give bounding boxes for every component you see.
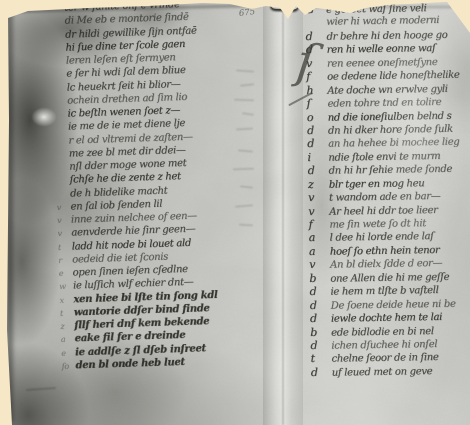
manuscript-spread: ter w ſanite onſ e vrindē di Me eb e mon… <box>0 0 470 425</box>
highlight-overlay <box>0 0 470 425</box>
sewing-support <box>271 0 298 9</box>
folio-number: 675 <box>238 7 255 19</box>
photo-backdrop: ter w ſanite onſ e vrindē di Me eb e mon… <box>0 0 470 425</box>
gutter-fold-line <box>282 0 284 425</box>
